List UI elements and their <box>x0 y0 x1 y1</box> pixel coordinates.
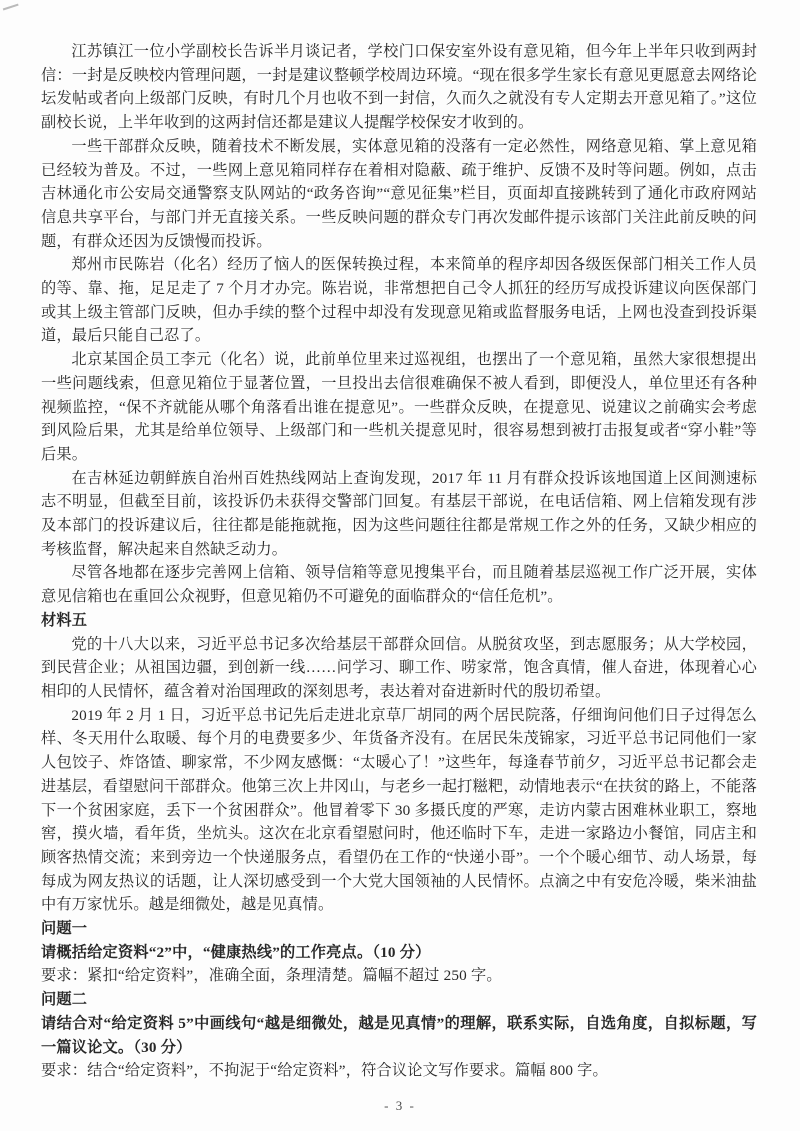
material-paragraph: 尽管各地都在逐步完善网上信箱、领导信箱等意见搜集平台，而且随着基层巡视工作广泛开… <box>41 561 757 608</box>
material-paragraph: 在吉林延边朝鲜族自治州百姓热线网站上查询发现，2017 年 11 月有群众投诉该… <box>41 467 757 562</box>
material-paragraph: 江苏镇江一位小学副校长告诉半月谈记者，学校门口保安室外设有意见箱，但今年上半年只… <box>41 40 757 135</box>
scan-corner-artifact <box>0 0 19 10</box>
material-paragraph: 北京某国企员工李元（化名）说，此前单位里来过巡视组，也摆出了一个意见箱，虽然大家… <box>41 348 757 467</box>
material-paragraph: 郑州市民陈岩（化名）经历了恼人的医保转换过程，本来简单的程序却因各级医保部门相关… <box>41 253 757 348</box>
question-1-text: 请概括给定资料“2”中，“健康热线”的工作亮点。（10 分） <box>41 941 757 965</box>
question-2-heading: 问题二 <box>41 988 757 1012</box>
question-1-requirement: 要求：紧扣“给定资料”，准确全面，条理清楚。篇幅不超过 250 字。 <box>41 964 757 988</box>
material-paragraph: 党的十八大以来，习近平总书记多次给基层干部群众回信。从脱贫攻坚，到志愿服务；从大… <box>41 633 757 704</box>
scanned-document-page: 江苏镇江一位小学副校长告诉半月谈记者，学校门口保安室外设有意见箱，但今年上半年只… <box>0 0 800 1131</box>
material-5-heading: 材料五 <box>41 609 757 633</box>
page-number: - 3 - <box>0 1098 800 1114</box>
material-paragraph: 一些干部群众反映，随着技术不断发展，实体意见箱的没落有一定必然性，网络意见箱、掌… <box>41 135 757 254</box>
document-body: 江苏镇江一位小学副校长告诉半月谈记者，学校门口保安室外设有意见箱，但今年上半年只… <box>41 40 757 1083</box>
material-paragraph: 2019 年 2 月 1 日，习近平总书记先后走进北京草厂胡同的两个居民院落，仔… <box>41 704 757 917</box>
question-1-heading: 问题一 <box>41 917 757 941</box>
question-2-text: 请结合对“给定资料 5”中画线句“越是细微处，越是见真情”的理解，联系实际，自选… <box>41 1012 757 1059</box>
question-2-requirement: 要求：结合“给定资料”，不拘泥于“给定资料”，符合议论文写作要求。篇幅 800 … <box>41 1059 757 1083</box>
